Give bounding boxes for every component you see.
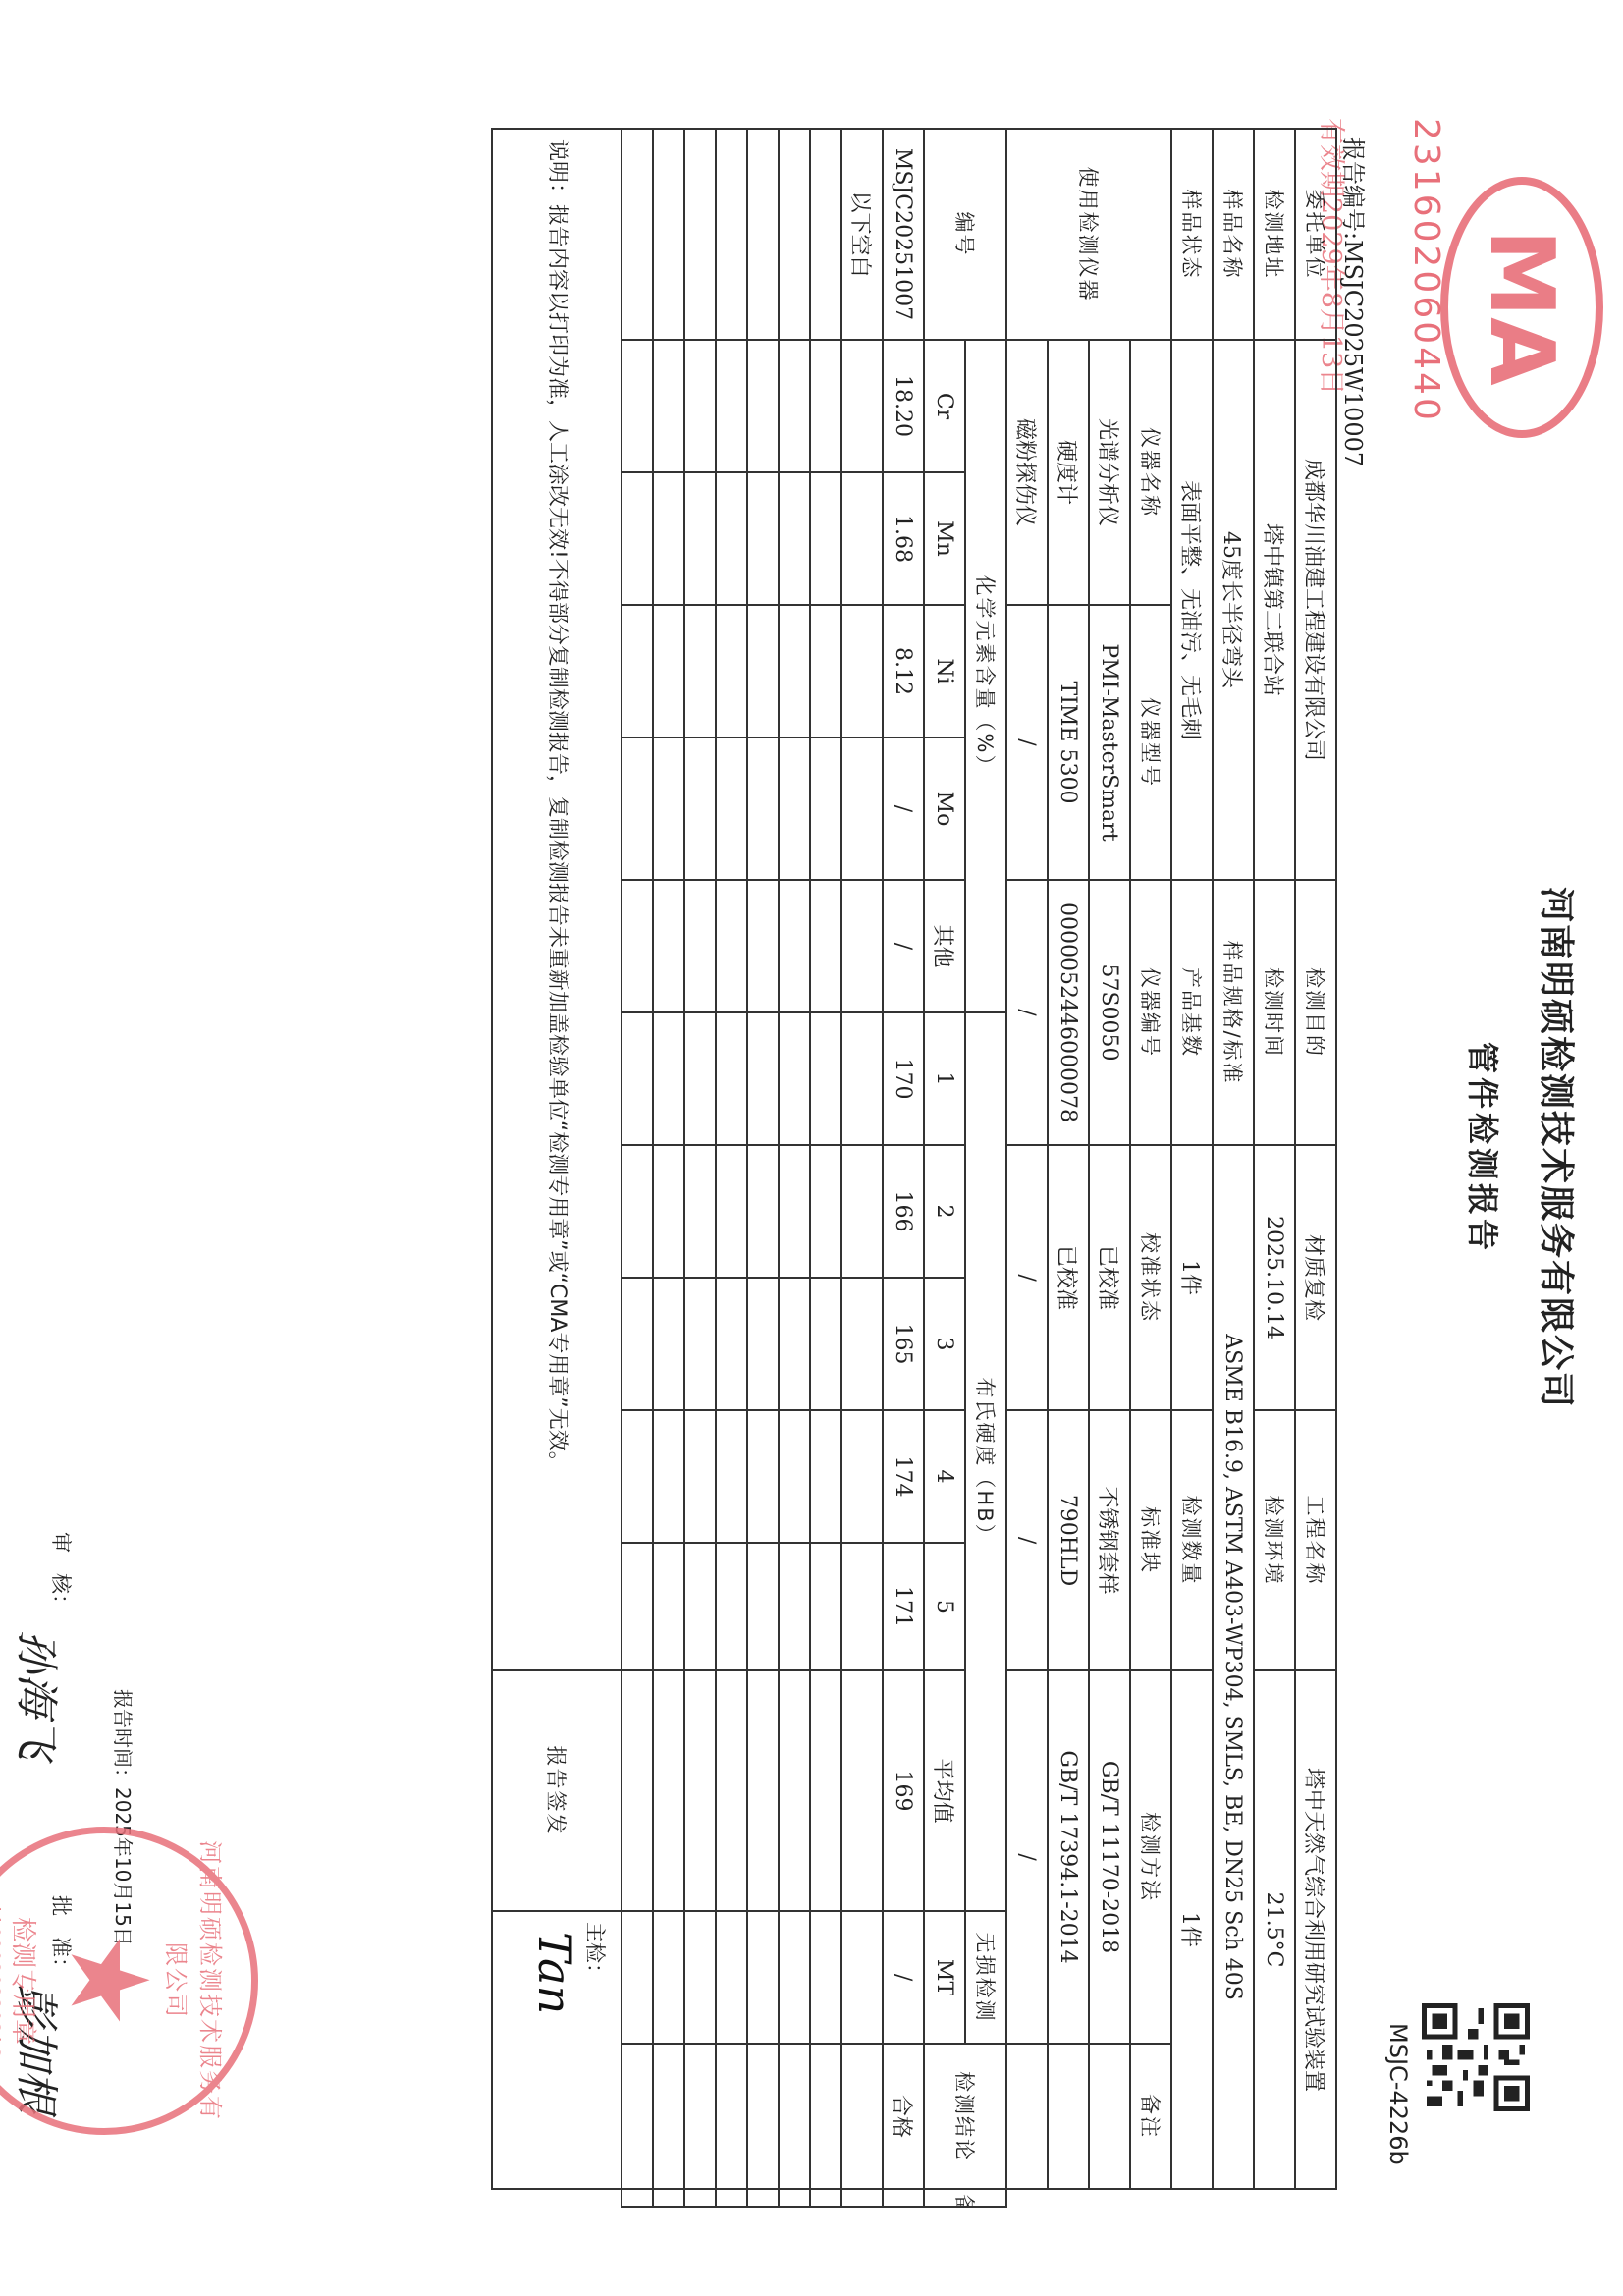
date-label: 检测时间 — [1254, 880, 1295, 1145]
empty-row — [810, 129, 841, 2207]
instrument-standard-block: 790HLD — [1048, 1410, 1089, 1670]
instrument-name: 硬度计 — [1048, 340, 1089, 605]
date-value: 2025.10.14 — [1254, 1145, 1295, 1410]
result-cr: 18.20 — [883, 340, 924, 472]
instrument-col-calibration: 校准状态 — [1130, 1145, 1171, 1410]
result-conclusion: 合格 — [883, 2044, 924, 2189]
sample-id-header: 编号 — [924, 129, 1006, 340]
sample-label: 样品名称 — [1213, 129, 1254, 340]
form-code: MSJC-4226b — [1384, 2023, 1412, 2165]
empty-row — [622, 129, 653, 2207]
footer-row: 说明：报告内容以打印为准，人工涂改无效!不得部分复制检测报告，复制检测报告未重新… — [492, 129, 622, 2207]
disclaimer-note: 说明：报告内容以打印为准，人工涂改无效!不得部分复制检测报告，复制检测报告未重新… — [492, 129, 622, 1670]
purpose-label: 检测目的 — [1295, 880, 1336, 1145]
instrument-row: 磁粉探伤仪 / / / / / — [1006, 129, 1048, 2207]
report-number: 报告编号:MSJC2025W10007 — [1338, 137, 1373, 466]
instruments-section-label: 使用检测仪器 — [1006, 129, 1171, 340]
row-site: 检测地址 塔中镇第二联合站 检测时间 2025.10.14 检测环境 21.5°… — [1254, 129, 1295, 2207]
chem-col-mo: Mo — [924, 738, 965, 880]
instrument-calibration: 已校准 — [1048, 1145, 1089, 1410]
instrument-name: 光谱分析仪 — [1089, 340, 1130, 605]
instrument-method: GB/T 17394.1-2014 — [1048, 1670, 1089, 2044]
instrument-calibration: 已校准 — [1089, 1145, 1130, 1410]
result-mt: / — [883, 1911, 924, 2044]
sample-value: 45度长半径弯头 — [1213, 340, 1254, 880]
report-table: 委托单位 成都华川油建工程建设有限公司 检测目的 材质复检 工程名称 塔中天然气… — [491, 128, 1337, 2208]
seal-number: 4109020230316 — [0, 1833, 4, 2128]
state-value: 表面平整、无油污、无毛刺 — [1171, 340, 1213, 880]
reviewer-label: 审 核： — [47, 1532, 77, 1614]
instrument-row: 硬度计 TIME 5300 0000052446000078 已校准 790HL… — [1048, 129, 1089, 2207]
hb-col-5: 5 — [924, 1543, 965, 1670]
inspection-seal: 河南明硕检测技术服务有限公司 ★ 检测专用章 4109020230316 — [0, 1827, 258, 2135]
result-ni: 8.12 — [883, 605, 924, 738]
instrument-serial: 57S0050 — [1089, 880, 1130, 1145]
empty-row — [684, 129, 716, 2207]
inspector-signature: Tan — [528, 1932, 581, 2014]
client-value: 成都华川油建工程建设有限公司 — [1295, 340, 1336, 880]
instrument-col-standard-block: 标准块 — [1130, 1410, 1171, 1670]
chem-col-cr: Cr — [924, 340, 965, 472]
empty-row — [747, 129, 779, 2207]
empty-row — [779, 129, 810, 2207]
chem-col-mn: Mn — [924, 472, 965, 605]
qr-code-icon — [1422, 2003, 1530, 2111]
result-hb-5: 171 — [883, 1543, 924, 1670]
inspector-label: 主检： — [581, 1922, 611, 1984]
result-hb-2: 166 — [883, 1145, 924, 1278]
instrument-name: 磁粉探伤仪 — [1006, 340, 1048, 605]
report-number-value: MSJC2025W10007 — [1339, 240, 1367, 466]
report-number-label: 报告编号: — [1339, 137, 1367, 240]
hb-col-2: 2 — [924, 1145, 965, 1278]
instrument-standard-block: / — [1006, 1410, 1048, 1670]
instrument-method: GB/T 11170-2018 — [1089, 1670, 1130, 2044]
result-hb-1: 170 — [883, 1012, 924, 1145]
hardness-header: 布氏硬度（HB） — [965, 1012, 1006, 1911]
result-hb-3: 165 — [883, 1278, 924, 1410]
seal-text: 检测专用章 — [7, 1833, 43, 2128]
instrument-model: PMI-MasterSmart — [1089, 605, 1130, 880]
qty-label: 检测数量 — [1171, 1410, 1213, 1670]
instrument-col-method: 检测方法 — [1130, 1670, 1171, 2044]
instrument-col-serial: 仪器编号 — [1130, 880, 1171, 1145]
remark-header: 备注 — [924, 2189, 1006, 2207]
blank-marker-row: 以下空白 — [841, 129, 883, 2207]
ndt-col-mt: MT — [924, 1911, 965, 2044]
instrument-remark — [1006, 2044, 1048, 2189]
result-other: / — [883, 880, 924, 1012]
instrument-col-model: 仪器型号 — [1130, 605, 1171, 880]
result-row: MSJC20251007 18.20 1.68 8.12 / / 170 166… — [883, 129, 924, 2207]
instrument-col-name: 仪器名称 — [1130, 340, 1171, 605]
instrument-remark — [1048, 2044, 1089, 2189]
instrument-standard-block: 不锈钢套样 — [1089, 1410, 1130, 1670]
instrument-calibration: / — [1006, 1145, 1048, 1410]
instrument-remark — [1089, 2044, 1130, 2189]
report-sheet: MA 231602060440 有效期2029年8月13日 河南明硕检测技术服务… — [0, 0, 1623, 2296]
hb-col-4: 4 — [924, 1410, 965, 1543]
instrument-header-row: 使用检测仪器 仪器名称 仪器型号 仪器编号 校准状态 标准块 检测方法 备注 — [1130, 129, 1171, 2207]
empty-row — [716, 129, 747, 2207]
blank-marker: 以下空白 — [841, 129, 883, 340]
qty-value: 1件 — [1171, 1670, 1213, 2189]
result-mo: / — [883, 738, 924, 880]
base-value: 1件 — [1171, 1145, 1213, 1410]
results-group-header: 编号 化学元素含量（%） 布氏硬度（HB） 无损检测 检测结论 备注 — [965, 129, 1006, 2207]
purpose-value: 材质复检 — [1295, 1145, 1336, 1410]
result-hb-average: 169 — [883, 1670, 924, 1911]
instrument-method: / — [1006, 1670, 1048, 2044]
star-icon: ★ — [55, 1932, 163, 2029]
signature-block: 主检： Tan — [492, 1911, 622, 2189]
hb-col-3: 3 — [924, 1278, 965, 1410]
row-client: 委托单位 成都华川油建工程建设有限公司 检测目的 材质复检 工程名称 塔中天然气… — [1295, 129, 1336, 2207]
spec-label: 样品规格/标准 — [1213, 880, 1254, 1145]
hb-col-1: 1 — [924, 1012, 965, 1145]
result-hb-4: 174 — [883, 1410, 924, 1543]
conclusion-header: 检测结论 — [924, 2044, 1006, 2189]
site-value: 塔中镇第二联合站 — [1254, 340, 1295, 880]
results-col-header: Cr Mn Ni Mo 其他 1 2 3 4 5 平均值 MT — [924, 129, 965, 2207]
instrument-row: 光谱分析仪 PMI-MasterSmart 57S0050 已校准 不锈钢套样 … — [1089, 129, 1130, 2207]
ma-cert-number: 231602060440 — [1406, 118, 1446, 423]
empty-row — [653, 129, 684, 2207]
env-label: 检测环境 — [1254, 1410, 1295, 1670]
base-label: 产品基数 — [1171, 880, 1213, 1145]
hb-col-average: 平均值 — [924, 1670, 965, 1911]
state-label: 样品状态 — [1171, 129, 1213, 340]
chem-header: 化学元素含量（%） — [965, 340, 1006, 1012]
project-label: 工程名称 — [1295, 1410, 1336, 1670]
env-value: 21.5°C — [1254, 1670, 1295, 2189]
instrument-model: TIME 5300 — [1048, 605, 1089, 880]
result-remark — [883, 2189, 924, 2207]
result-sample-id: MSJC20251007 — [883, 129, 924, 340]
ndt-header: 无损检测 — [965, 1911, 1006, 2044]
result-mn: 1.68 — [883, 472, 924, 605]
row-state: 样品状态 表面平整、无油污、无毛刺 产品基数 1件 检测数量 1件 — [1171, 129, 1213, 2207]
instrument-model: / — [1006, 605, 1048, 880]
reviewer-signature: 孙海飞 — [9, 1630, 72, 1760]
chem-col-ni: Ni — [924, 605, 965, 738]
client-label: 委托单位 — [1295, 129, 1336, 340]
chem-col-other: 其他 — [924, 880, 965, 1012]
company-name: 河南明硕检测技术服务有限公司 — [1534, 0, 1584, 2296]
site-label: 检测地址 — [1254, 129, 1295, 340]
row-sample: 样品名称 45度长半径弯头 样品规格/标准 ASME B16.9, ASTM A… — [1213, 129, 1254, 2207]
report-title: 管件检测报告 — [1462, 0, 1507, 2296]
instrument-serial: 0000052446000078 — [1048, 880, 1089, 1145]
report-issue-label: 报告签发 — [492, 1670, 622, 1911]
instrument-serial: / — [1006, 880, 1048, 1145]
project-value: 塔中天然气综合利用研究试验装置 — [1295, 1670, 1336, 2189]
spec-value: ASME B16.9, ASTM A403-WP304, SMLS, BE, D… — [1213, 1145, 1254, 2189]
instrument-col-remark: 备注 — [1130, 2044, 1171, 2189]
report-time-label: 报告时间： — [111, 1689, 135, 1787]
